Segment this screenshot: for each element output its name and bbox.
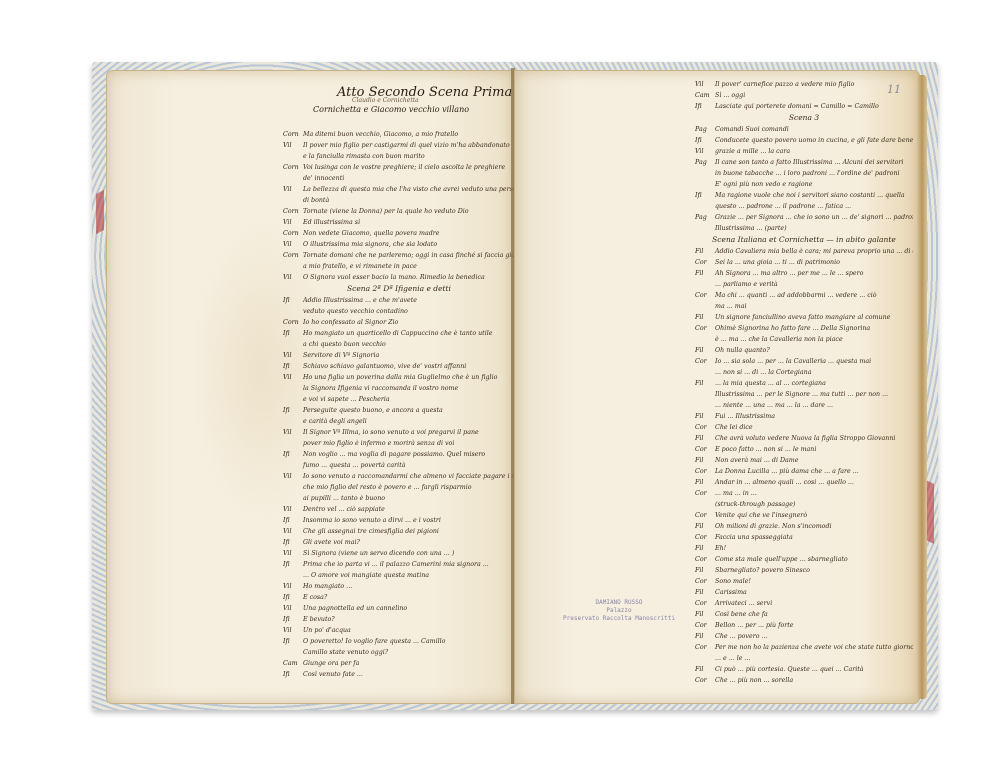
speaker-abbrev: Vil xyxy=(283,140,303,151)
line-text: Non voglio ... ma voglia di pagare possi… xyxy=(303,451,485,458)
speaker-abbrev: Ifi xyxy=(283,614,303,625)
manuscript-line: IfiNon voglio ... ma voglia di pagare po… xyxy=(283,449,515,460)
speaker-abbrev: Ifi xyxy=(283,295,303,306)
subheading-insert: Claudio e Cornichetta xyxy=(352,97,419,104)
line-text: ... parliamo e verità xyxy=(715,281,778,288)
manuscript-line: IfiAddio Illustrissima ... e che m'avete xyxy=(283,295,515,306)
manuscript-line: fumo ... questa ... povertà carità xyxy=(283,460,515,471)
manuscript-line: VilSì Signora (viene un servo dicendo co… xyxy=(283,548,515,559)
speaker-abbrev: Ifi xyxy=(283,669,303,680)
manuscript-line: CorE poco fatto ... non si ... le mani xyxy=(695,444,913,455)
line-text: Sbarnegliato? povero Sinesco xyxy=(715,567,810,574)
manuscript-line: VilO illustrissima mia signora, che sia … xyxy=(283,239,515,250)
line-text: Sì Signora (viene un servo dicendo con u… xyxy=(303,550,454,557)
line-text: Io ... sia sola ... per ... la Cavalleri… xyxy=(715,358,871,365)
line-text: ... e ... le ... xyxy=(715,655,751,662)
speaker-abbrev: Cam xyxy=(695,90,715,101)
speaker-abbrev: Corn xyxy=(283,129,303,140)
line-text: (struck-through passage) xyxy=(715,501,795,508)
speaker-abbrev: Vil xyxy=(283,526,303,537)
line-text: Faccia una spasseggiata xyxy=(715,534,793,541)
line-text: Io ho confessato al Signor Zio xyxy=(303,319,398,326)
speaker-abbrev: Fil xyxy=(695,455,715,466)
line-text: Per me non ho la pazienza che avete voi … xyxy=(715,644,913,651)
manuscript-line: FilEh! xyxy=(695,543,913,554)
manuscript-line: IfiLasciate qui porterete domani = Camil… xyxy=(695,101,913,112)
line-text: grazie a mille ... la cara xyxy=(715,148,790,155)
manuscript-line: questo ... padrone ... il padrone ... fa… xyxy=(695,201,913,212)
speaker-abbrev: Vil xyxy=(283,272,303,283)
line-text: Andar in ... almeno quali ... cosi ... q… xyxy=(715,479,854,486)
speaker-abbrev: Fil xyxy=(695,378,715,389)
speaker-abbrev: Fil xyxy=(695,631,715,642)
speaker-abbrev: Cor xyxy=(695,356,715,367)
manuscript-line: FilSbarnegliato? povero Sinesco xyxy=(695,565,913,576)
manuscript-line: ... O amore voi mangiate questa matina xyxy=(283,570,515,581)
manuscript-line: FilOh nulla quanto? xyxy=(695,345,913,356)
speaker-abbrev: Fil xyxy=(695,587,715,598)
line-text: Il cane son tanto a fatto Illustrissima … xyxy=(715,159,903,166)
line-text: Addio Illustrissima ... e che m'avete xyxy=(303,297,417,304)
speaker-abbrev: Corn xyxy=(283,250,303,261)
manuscript-line: Vilgrazie a mille ... la cara xyxy=(695,146,913,157)
manuscript-line: FilCarissima xyxy=(695,587,913,598)
line-text: ... O amore voi mangiate questa matina xyxy=(303,572,429,579)
speaker-abbrev: Corn xyxy=(283,162,303,173)
speaker-abbrev: Ifi xyxy=(283,361,303,372)
line-text: Carissima xyxy=(715,589,747,596)
speaker-abbrev: Cor xyxy=(695,598,715,609)
line-text: E' ogni più non vedo e ragione xyxy=(715,181,812,188)
manuscript-line: VilIo sono venuto a raccomandarmi che al… xyxy=(283,471,515,482)
line-text: Ohimè Signorina ho fatto fare ... Della … xyxy=(715,325,870,332)
speaker-abbrev: Fil xyxy=(695,477,715,488)
speaker-abbrev: Cor xyxy=(695,466,715,477)
line-text: Così venuto fate ... xyxy=(303,671,363,678)
line-text: Il Signor Vª Illma, io sono venuto a voi… xyxy=(303,429,479,436)
line-text: Insomma io sono venuto a dirvi ... e i v… xyxy=(303,517,441,524)
manuscript-line: FilNon averà mai ... di Dame xyxy=(695,455,913,466)
manuscript-line: IfiE bevuto? xyxy=(283,614,515,625)
line-text: Comandi Suoi comandi xyxy=(715,126,789,133)
line-text: Ho mangiato un quarticello di Cappuccino… xyxy=(303,330,492,337)
manuscript-line: CornIo ho confessato al Signor Zio xyxy=(283,317,515,328)
manuscript-line: CornMa ditemi buon vecchio, Giacomo, a m… xyxy=(283,129,515,140)
manuscript-line: veduto questo vecchio contadino xyxy=(283,306,515,317)
line-text: O poveretto! Io voglio fare questa ... C… xyxy=(303,638,445,645)
line-text: Lasciate qui porterete domani = Camillo … xyxy=(715,103,879,110)
speaker-abbrev: Vil xyxy=(283,350,303,361)
line-text: Che ... più non ... sorella xyxy=(715,677,793,684)
line-text: Ma chi ... quanti ... ad addobbarmi ... … xyxy=(715,292,877,299)
line-text: e carità degli angeli xyxy=(303,418,367,425)
line-text: in buone tabacche ... i loro padroni ...… xyxy=(715,170,900,177)
line-text: e la fanciulla rimasta con buon marito xyxy=(303,153,425,160)
manuscript-line: ma ... mai xyxy=(695,301,913,312)
line-text: Illustrissima ... (parte) xyxy=(715,225,787,232)
speaker-abbrev: Cor xyxy=(695,488,715,499)
speaker-abbrev: Cor xyxy=(695,444,715,455)
manuscript-line: CornVoi lusinga con le vostre preghiere;… xyxy=(283,162,515,173)
line-text: Il pover mio figlio per castigarmi di qu… xyxy=(303,142,510,149)
manuscript-line: FilAddio Cavaliera mia bella è cara; mi … xyxy=(695,246,913,257)
speaker-abbrev: Vil xyxy=(283,427,303,438)
manuscript-line: VilHo mangiato ... xyxy=(283,581,515,592)
line-text: Tornate (viene la Donna) per la quale ho… xyxy=(303,208,469,215)
line-text: Oh nulla quanto? xyxy=(715,347,770,354)
speaker-abbrev: Cor xyxy=(695,257,715,268)
line-text: O illustrissima mia signora, che sia lod… xyxy=(303,241,437,248)
speaker-abbrev: Cor xyxy=(695,290,715,301)
left-page: Atto Secondo Scena Prima Cornichetta e G… xyxy=(106,70,514,704)
manuscript-line: CorSono male! xyxy=(695,576,913,587)
line-text: ... niente ... una ... ma ... la ... dar… xyxy=(715,402,833,409)
speaker-abbrev: Vil xyxy=(283,625,303,636)
manuscript-line: IfiPerseguite questo buono, e ancora a q… xyxy=(283,405,515,416)
line-text: La bellezza di questa mia che l'ha visto… xyxy=(303,186,515,193)
speaker-abbrev: Cor xyxy=(695,675,715,686)
manuscript-line: FilUn signore fanciullino aveva fatto ma… xyxy=(695,312,913,323)
line-text: Ma ragione vuole che noi i servitori sia… xyxy=(715,192,905,199)
speaker-abbrev: Cam xyxy=(283,658,303,669)
manuscript-line: VilDentro vel ... ciò sappiate xyxy=(283,504,515,515)
speaker-abbrev: Vil xyxy=(695,146,715,157)
manuscript-line: CorPer me non ho la pazienza che avete v… xyxy=(695,642,913,653)
speaker-abbrev: Cor xyxy=(695,554,715,565)
scene-marker: Scena 3 xyxy=(695,112,913,124)
line-text: Ma ditemi buon vecchio, Giacomo, a mio f… xyxy=(303,131,458,138)
line-text: Fui ... Illustrissima xyxy=(715,413,775,420)
speaker-abbrev: Pag xyxy=(695,124,715,135)
manuscript-line: ... non si ... di ... la Cortegiana xyxy=(695,367,913,378)
stamp-line-1: DAMIANO RUSSO xyxy=(563,599,675,607)
speaker-abbrev: Fil xyxy=(695,433,715,444)
manuscript-line: VilUn po' d'acqua xyxy=(283,625,515,636)
line-text: e voi vi sapete ... Pescheria xyxy=(303,396,390,403)
manuscript-line: VilLa bellezza di questa mia che l'ha vi… xyxy=(283,184,515,195)
line-text: Un signore fanciullino aveva fatto mangi… xyxy=(715,314,890,321)
manuscript-line: ... e ... le ... xyxy=(695,653,913,664)
manuscript-line: CornTornate (viene la Donna) per la qual… xyxy=(283,206,515,217)
manuscript-line: IfiConducete questo povero uomo in cucin… xyxy=(695,135,913,146)
manuscript-line: CamSì ... oggi xyxy=(695,90,913,101)
line-text: Perseguite questo buono, e ancora a ques… xyxy=(303,407,443,414)
line-text: O Signora vuol esser bacio la mano. Rime… xyxy=(303,274,485,281)
speaker-abbrev: Vil xyxy=(695,79,715,90)
line-text: Non averà mai ... di Dame xyxy=(715,457,798,464)
speaker-abbrev: Fil xyxy=(695,543,715,554)
manuscript-line: CorMa chi ... quanti ... ad addobbarmi .… xyxy=(695,290,913,301)
line-text: ai pupilli ... tanto è buono xyxy=(303,495,385,502)
stamp-line-3: Preservato Raccolta Manoscritti xyxy=(563,615,675,623)
characters-subheading: Cornichetta e Giacomo vecchio villano xyxy=(313,105,469,114)
speaker-abbrev: Vil xyxy=(283,581,303,592)
line-text: ... non si ... di ... la Cortegiana xyxy=(715,369,811,376)
manuscript-line: e la fanciulla rimasta con buon marito xyxy=(283,151,515,162)
line-text: La Donna Lucilla ... più dama che ... a … xyxy=(715,468,859,475)
manuscript-line: che mio figlio del resto è povero e ... … xyxy=(283,482,515,493)
manuscript-line: IfiHo mangiato un quarticello di Cappucc… xyxy=(283,328,515,339)
speaker-abbrev: Vil xyxy=(283,217,303,228)
manuscript-line: CorLa Donna Lucilla ... più dama che ...… xyxy=(695,466,913,477)
speaker-abbrev: Ifi xyxy=(283,449,303,460)
line-text: Illustrissima ... per le Signore ... ma … xyxy=(715,391,888,398)
manuscript-line: ... parliamo e verità xyxy=(695,279,913,290)
manuscript-line: FilChe avrà voluto vedere Nuova la figli… xyxy=(695,433,913,444)
line-text: ... la mia questa ... al ... cortegiana xyxy=(715,380,826,387)
line-text: Servitore di Vª Signoria xyxy=(303,352,379,359)
stamp-line-2: Palazzo xyxy=(563,607,675,615)
line-text: Venite qui che ve l'insegnerò xyxy=(715,512,807,519)
line-text: Non vedete Giacomo, quella povera madre xyxy=(303,230,440,237)
manuscript-line: (struck-through passage) xyxy=(695,499,913,510)
line-text: Che gli assegnai tre cimesfiglia dei pig… xyxy=(303,528,439,535)
manuscript-line: di bontà xyxy=(283,195,515,206)
manuscript-line: VilEd illustrissima sì xyxy=(283,217,515,228)
manuscript-line: la Signora Ifigenia vi raccomanda il vos… xyxy=(283,383,515,394)
speaker-abbrev: Vil xyxy=(283,603,303,614)
line-text: Oh milioni di grazie. Non s'incomodi xyxy=(715,523,832,530)
manuscript-line: CornNon vedete Giacomo, quella povera ma… xyxy=(283,228,515,239)
line-text: Così bene che fa xyxy=(715,611,768,618)
line-text: ... ma ... in ... xyxy=(715,490,757,497)
line-text: Ho una figlia un poverina dalla mia Gugl… xyxy=(303,374,497,381)
scene-marker: Scena Italiana et Cornichetta — in abito… xyxy=(695,234,913,246)
line-text: Prima che io parta vi ... il palazzo Cam… xyxy=(303,561,489,568)
line-text: veduto questo vecchio contadino xyxy=(303,308,408,315)
speaker-abbrev: Pag xyxy=(695,157,715,168)
line-text: Ed illustrissima sì xyxy=(303,219,360,226)
line-text: Schiavo schiavo galantuomo, vive de' vos… xyxy=(303,363,466,370)
manuscript-line: è ... ma ... che la Cavalleria non la pi… xyxy=(695,334,913,345)
manuscript-line: de' innocenti xyxy=(283,173,515,184)
manuscript-line: ai pupilli ... tanto è buono xyxy=(283,493,515,504)
speaker-abbrev: Vil xyxy=(283,471,303,482)
speaker-abbrev: Vil xyxy=(283,504,303,515)
line-text: Arrivateci ... servi xyxy=(715,600,772,607)
speaker-abbrev: Ifi xyxy=(695,135,715,146)
right-page: 11 VilIl pover' carnefice pazzo a vedere… xyxy=(514,70,920,704)
speaker-abbrev: Corn xyxy=(283,206,303,217)
manuscript-line: CorChe lei dice xyxy=(695,422,913,433)
speaker-abbrev: Vil xyxy=(283,239,303,250)
line-text: la Signora Ifigenia vi raccomanda il vos… xyxy=(303,385,458,392)
manuscript-line: Camillo state venuto oggi? xyxy=(283,647,515,658)
manuscript-line: VilChe gli assegnai tre cimesfiglia dei … xyxy=(283,526,515,537)
line-text: Grazie ... per Signora ... che io sono u… xyxy=(715,214,913,221)
manuscript-line: pover mio figlio è infermo e morirà senz… xyxy=(283,438,515,449)
line-text: Che lei dice xyxy=(715,424,753,431)
manuscript-line: CornTornate domani che ne parleremo; ogg… xyxy=(283,250,515,261)
speaker-abbrev: Vil xyxy=(283,548,303,559)
line-text: Che avrà voluto vedere Nuova la figlia S… xyxy=(715,435,895,442)
line-text: de' innocenti xyxy=(303,175,344,182)
speaker-abbrev: Fil xyxy=(695,609,715,620)
library-stamp: DAMIANO RUSSO Palazzo Preservato Raccolt… xyxy=(563,599,675,623)
speaker-abbrev: Fil xyxy=(695,268,715,279)
speaker-abbrev: Ifi xyxy=(283,515,303,526)
line-text: Tornate domani che ne parleremo; oggi in… xyxy=(303,252,515,259)
open-manuscript-book: Atto Secondo Scena Prima Cornichetta e G… xyxy=(92,62,938,712)
line-text: di bontà xyxy=(303,197,329,204)
speaker-abbrev: Corn xyxy=(283,317,303,328)
speaker-abbrev: Ifi xyxy=(695,101,715,112)
speaker-abbrev: Fil xyxy=(695,565,715,576)
manuscript-line: CamGiunge ora per fa xyxy=(283,658,515,669)
manuscript-line: VilUna pagnottella ed un cannelino xyxy=(283,603,515,614)
manuscript-line: FilCosì bene che fa xyxy=(695,609,913,620)
manuscript-line: e carità degli angeli xyxy=(283,416,515,427)
manuscript-line: e voi vi sapete ... Pescheria xyxy=(283,394,515,405)
speaker-abbrev: Cor xyxy=(695,422,715,433)
manuscript-line: FilOh milioni di grazie. Non s'incomodi xyxy=(695,521,913,532)
manuscript-line: IfiO poveretto! Io voglio fare questa ..… xyxy=(283,636,515,647)
speaker-abbrev: Ifi xyxy=(283,636,303,647)
speaker-abbrev: Fil xyxy=(695,345,715,356)
speaker-abbrev: Ifi xyxy=(283,405,303,416)
speaker-abbrev: Fil xyxy=(695,312,715,323)
manuscript-line: CorVenite qui che ve l'insegnerò xyxy=(695,510,913,521)
line-text: fumo ... questa ... povertà carità xyxy=(303,462,405,469)
line-text: E bevuto? xyxy=(303,616,335,623)
manuscript-line: VilServitore di Vª Signoria xyxy=(283,350,515,361)
manuscript-line: FilCi può ... più cortesia. Queste ... q… xyxy=(695,664,913,675)
speaker-abbrev: Corn xyxy=(283,228,303,239)
manuscript-line: FilFui ... Illustrissima xyxy=(695,411,913,422)
line-text: Ho mangiato ... xyxy=(303,583,352,590)
line-text: Dentro vel ... ciò sappiate xyxy=(303,506,385,513)
speaker-abbrev: Ifi xyxy=(283,559,303,570)
line-text: Voi lusinga con le vostre preghiere; il … xyxy=(303,164,505,171)
speaker-abbrev: Pag xyxy=(695,212,715,223)
right-page-text: VilIl pover' carnefice pazzo a vedere mi… xyxy=(695,79,913,686)
manuscript-line: IfiInsomma io sono venuto a dirvi ... e … xyxy=(283,515,515,526)
manuscript-line: FilAndar in ... almeno quali ... cosi ..… xyxy=(695,477,913,488)
line-text: a mio fratello, e vi rimanete in pace xyxy=(303,263,417,270)
speaker-abbrev: Cor xyxy=(695,620,715,631)
manuscript-line: CorBellon ... per ... più forte xyxy=(695,620,913,631)
manuscript-line: CorFaccia una spasseggiata xyxy=(695,532,913,543)
manuscript-line: VilIl Signor Vª Illma, io sono venuto a … xyxy=(283,427,515,438)
line-text: pover mio figlio è infermo e morirà senz… xyxy=(303,440,454,447)
manuscript-line: CorIo ... sia sola ... per ... la Cavall… xyxy=(695,356,913,367)
manuscript-line: CorCome sta male quell'uppe ... sbarnegl… xyxy=(695,554,913,565)
speaker-abbrev: Vil xyxy=(283,184,303,195)
speaker-abbrev: Fil xyxy=(695,246,715,257)
scene-marker: Scena 2ª Dª Ifigenia e detti xyxy=(283,283,515,295)
line-text: Sì ... oggi xyxy=(715,92,745,99)
manuscript-line: CorOhimè Signorina ho fatto fare ... Del… xyxy=(695,323,913,334)
speaker-abbrev: Fil xyxy=(695,521,715,532)
speaker-abbrev: Ifi xyxy=(283,328,303,339)
line-text: Che ... povero ... xyxy=(715,633,768,640)
line-text: E poco fatto ... non si ... le mani xyxy=(715,446,816,453)
manuscript-line: PagComandi Suoi comandi xyxy=(695,124,913,135)
speaker-abbrev: Vil xyxy=(283,372,303,383)
speaker-abbrev: Ifi xyxy=(695,190,715,201)
line-text: Addio Cavaliera mia bella è cara; mi par… xyxy=(715,248,913,255)
speaker-abbrev: Fil xyxy=(695,411,715,422)
manuscript-line: VilIl pover mio figlio per castigarmi di… xyxy=(283,140,515,151)
line-text: Eh! xyxy=(715,545,726,552)
line-text: è ... ma ... che la Cavalleria non la pi… xyxy=(715,336,843,343)
line-text: ma ... mai xyxy=(715,303,746,310)
speaker-abbrev: Fil xyxy=(695,664,715,675)
line-text: Gli avete voi mai? xyxy=(303,539,360,546)
speaker-abbrev: Ifi xyxy=(283,537,303,548)
manuscript-line: ... niente ... una ... ma ... la ... dar… xyxy=(695,400,913,411)
line-text: questo ... padrone ... il padrone ... fa… xyxy=(715,203,851,210)
manuscript-line: IfiMa ragione vuole che noi i servitori … xyxy=(695,190,913,201)
line-text: Giunge ora per fa xyxy=(303,660,359,667)
manuscript-line: IfiPrima che io parta vi ... il palazzo … xyxy=(283,559,515,570)
speaker-abbrev: Cor xyxy=(695,323,715,334)
manuscript-line: Illustrissima ... (parte) xyxy=(695,223,913,234)
line-text: Il pover' carnefice pazzo a vedere mio f… xyxy=(715,81,854,88)
speaker-abbrev: Cor xyxy=(695,576,715,587)
speaker-abbrev: Cor xyxy=(695,642,715,653)
manuscript-line: IfiE cosa? xyxy=(283,592,515,603)
manuscript-line: FilAh Signora ... ma altro ... per me ..… xyxy=(695,268,913,279)
manuscript-line: PagIl cane son tanto a fatto Illustrissi… xyxy=(695,157,913,168)
manuscript-line: PagGrazie ... per Signora ... che io son… xyxy=(695,212,913,223)
manuscript-line: FilChe ... povero ... xyxy=(695,631,913,642)
line-text: Come sta male quell'uppe ... sbarnegliat… xyxy=(715,556,848,563)
line-text: Bellon ... per ... più forte xyxy=(715,622,794,629)
manuscript-line: E' ogni più non vedo e ragione xyxy=(695,179,913,190)
line-text: E cosa? xyxy=(303,594,327,601)
manuscript-line: IfiCosì venuto fate ... xyxy=(283,669,515,680)
line-text: Sei la ... una gioia ... ti ... di patri… xyxy=(715,259,840,266)
line-text: Una pagnottella ed un cannelino xyxy=(303,605,407,612)
manuscript-line: Cor... ma ... in ... xyxy=(695,488,913,499)
manuscript-line: Fil... la mia questa ... al ... cortegia… xyxy=(695,378,913,389)
manuscript-line: VilO Signora vuol esser bacio la mano. R… xyxy=(283,272,515,283)
manuscript-line: VilHo una figlia un poverina dalla mia G… xyxy=(283,372,515,383)
line-text: che mio figlio del resto è povero e ... … xyxy=(303,484,472,491)
line-text: Ci può ... più cortesia. Queste ... quei… xyxy=(715,666,864,673)
speaker-abbrev: Cor xyxy=(695,532,715,543)
line-text: Io sono venuto a raccomandarmi che almen… xyxy=(303,473,515,480)
line-text: a chi questo buon vecchio xyxy=(303,341,386,348)
manuscript-line: CorArrivateci ... servi xyxy=(695,598,913,609)
manuscript-line: CorSei la ... una gioia ... ti ... di pa… xyxy=(695,257,913,268)
manuscript-line: IfiSchiavo schiavo galantuomo, vive de' … xyxy=(283,361,515,372)
manuscript-line: Illustrissima ... per le Signore ... ma … xyxy=(695,389,913,400)
line-text: Camillo state venuto oggi? xyxy=(303,649,388,656)
line-text: Ah Signora ... ma altro ... per me ... l… xyxy=(715,270,863,277)
manuscript-line: CorChe ... più non ... sorella xyxy=(695,675,913,686)
left-page-text: CornMa ditemi buon vecchio, Giacomo, a m… xyxy=(283,129,515,680)
speaker-abbrev: Cor xyxy=(695,510,715,521)
manuscript-line: in buone tabacche ... i loro padroni ...… xyxy=(695,168,913,179)
line-text: Sono male! xyxy=(715,578,751,585)
manuscript-line: a mio fratello, e vi rimanete in pace xyxy=(283,261,515,272)
manuscript-line: IfiGli avete voi mai? xyxy=(283,537,515,548)
manuscript-line: a chi questo buon vecchio xyxy=(283,339,515,350)
line-text: Conducete questo povero uomo in cucina, … xyxy=(715,137,913,144)
manuscript-line: VilIl pover' carnefice pazzo a vedere mi… xyxy=(695,79,913,90)
speaker-abbrev: Ifi xyxy=(283,592,303,603)
line-text: Un po' d'acqua xyxy=(303,627,351,634)
